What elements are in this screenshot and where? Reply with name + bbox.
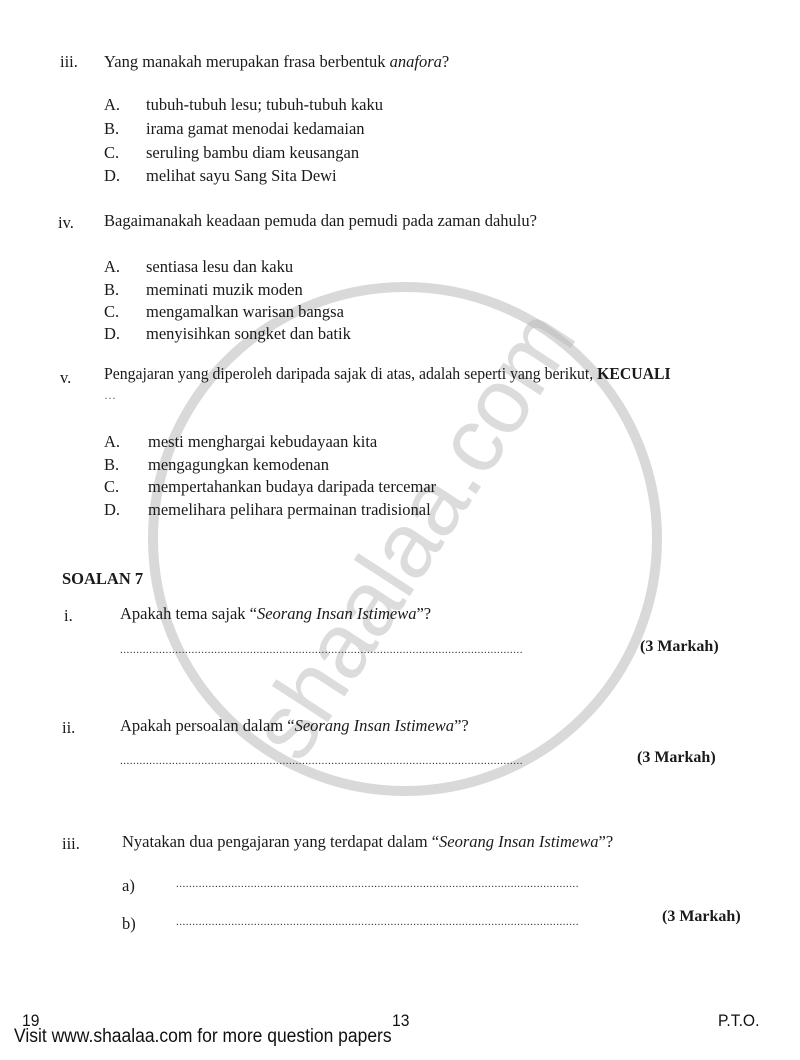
option-text: mengamalkan warisan bangsa: [146, 302, 344, 322]
ellipsis: …: [104, 388, 116, 403]
sub-answer-label: b): [122, 914, 136, 934]
watermark-text: shaalaa.com: [230, 318, 579, 778]
option-text: mesti menghargai kebudayaan kita: [148, 432, 377, 452]
sub-answer-label: a): [122, 876, 135, 896]
option-text: meminati muzik moden: [146, 280, 303, 300]
question-text: Yang manakah merupakan frasa berbentuk a…: [104, 52, 449, 72]
option-letter: D.: [104, 500, 120, 520]
option-text: menyisihkan songket dan batik: [146, 324, 351, 344]
answer-line[interactable]: ........................................…: [176, 878, 592, 890]
question-text: Apakah tema sajak “Seorang Insan Istimew…: [120, 604, 431, 624]
option-text: mengagungkan kemodenan: [148, 455, 329, 475]
option-letter: B.: [104, 280, 119, 300]
question-number: iii.: [60, 52, 78, 72]
section-title: SOALAN 7: [62, 569, 143, 589]
question-text: Apakah persoalan dalam “Seorang Insan Is…: [120, 716, 469, 736]
option-text: tubuh-tubuh lesu; tubuh-tubuh kaku: [146, 95, 383, 115]
question-number: v.: [60, 368, 71, 388]
marks-label: (3 Markah): [640, 638, 719, 656]
answer-line[interactable]: ........................................…: [120, 755, 552, 767]
option-text: melihat sayu Sang Sita Dewi: [146, 166, 337, 186]
marks-label: (3 Markah): [637, 749, 716, 767]
option-letter: C.: [104, 143, 119, 163]
question-number: i.: [64, 606, 73, 626]
question-number: iii.: [62, 834, 80, 854]
option-letter: C.: [104, 302, 119, 322]
answer-line[interactable]: ........................................…: [120, 644, 552, 656]
question-text: Pengajaran yang diperoleh daripada sajak…: [104, 364, 671, 384]
marks-label: (3 Markah): [662, 908, 741, 926]
option-text: seruling bambu diam keusangan: [146, 143, 359, 163]
option-text: sentiasa lesu dan kaku: [146, 257, 293, 277]
page-number: 13: [392, 1011, 409, 1031]
question-text: Nyatakan dua pengajaran yang terdapat da…: [122, 832, 613, 852]
option-letter: B.: [104, 119, 119, 139]
visit-link[interactable]: Visit www.shaalaa.com for more question …: [14, 1026, 392, 1048]
option-text: irama gamat menodai kedamaian: [146, 119, 365, 139]
option-letter: D.: [104, 324, 120, 344]
option-letter: A.: [104, 432, 120, 452]
answer-line[interactable]: ........................................…: [176, 916, 592, 928]
option-letter: C.: [104, 477, 119, 497]
pto-label: P.T.O.: [718, 1011, 759, 1031]
question-number: ii.: [62, 718, 75, 738]
option-text: mempertahankan budaya daripada tercemar: [148, 477, 436, 497]
question-text: Bagaimanakah keadaan pemuda dan pemudi p…: [104, 211, 537, 231]
option-letter: A.: [104, 95, 120, 115]
option-text: memelihara pelihara permainan tradisiona…: [148, 500, 431, 520]
option-letter: A.: [104, 257, 120, 277]
option-letter: D.: [104, 166, 120, 186]
question-number: iv.: [58, 213, 74, 233]
option-letter: B.: [104, 455, 119, 475]
